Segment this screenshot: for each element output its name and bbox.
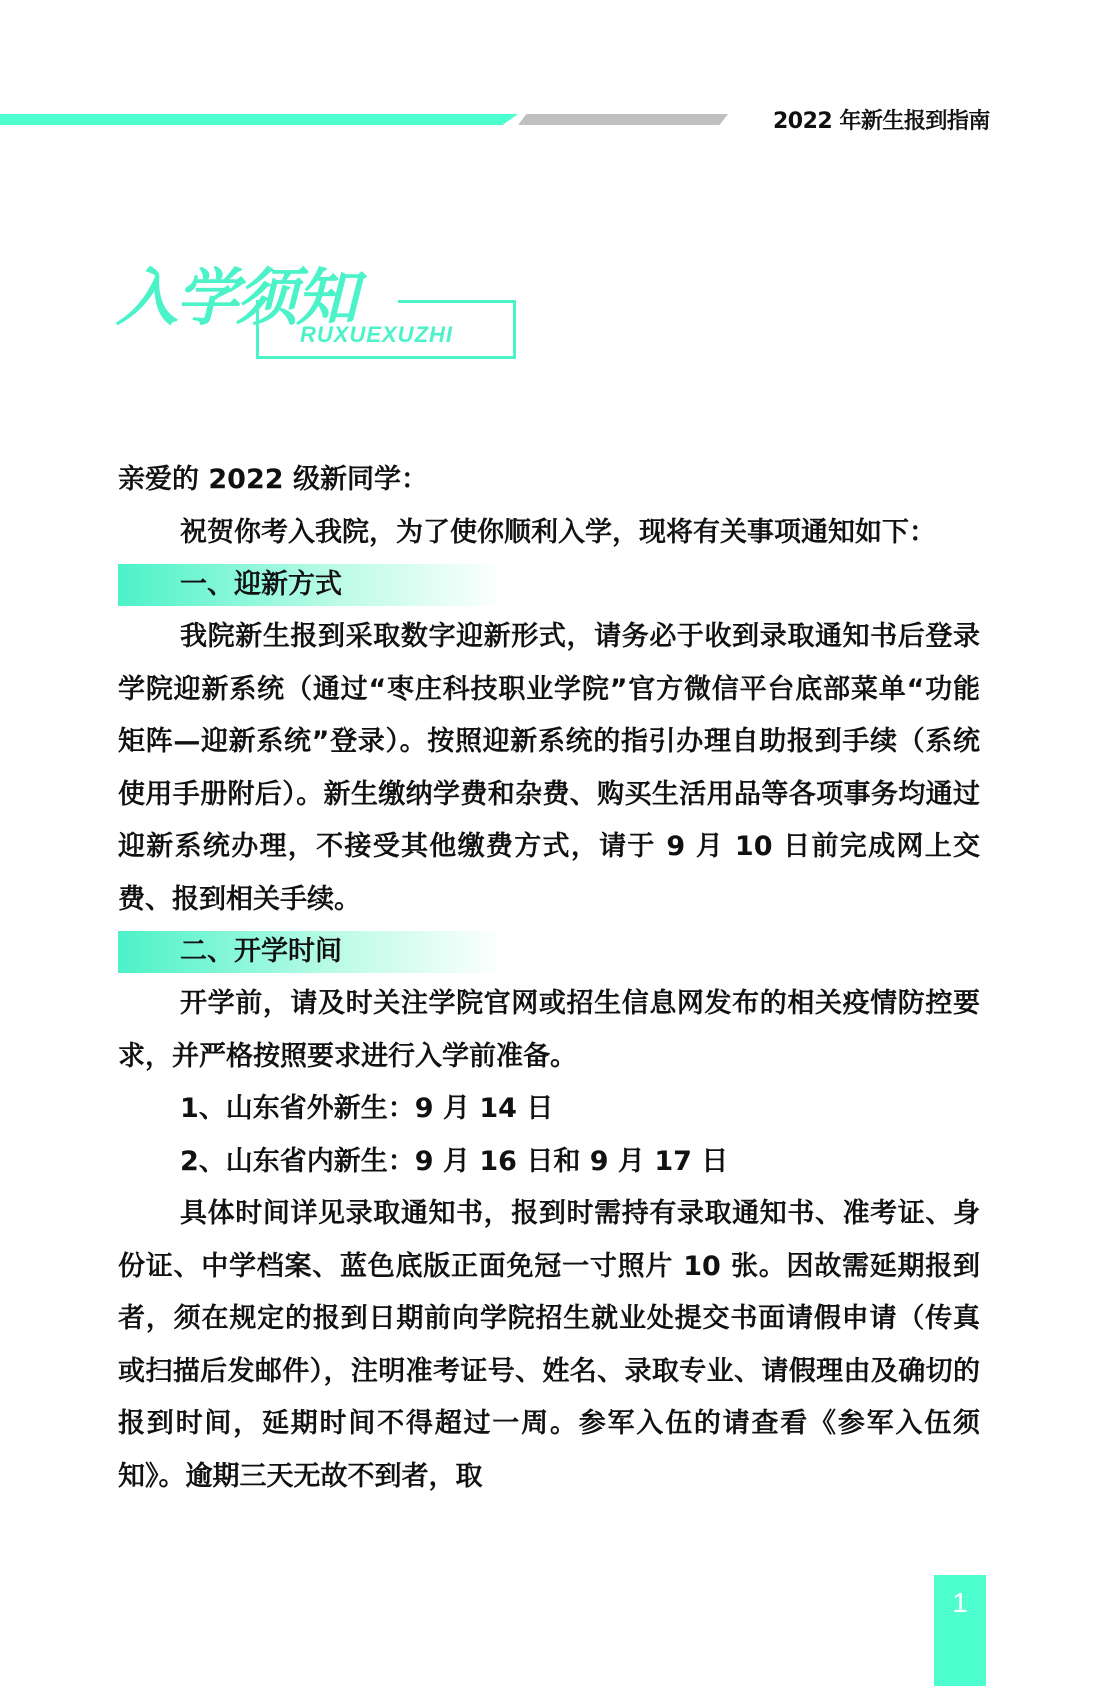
document-body: 亲爱的 2022 级新同学： 祝贺你考入我院，为了使你顺利入学，现将有关事项通知… xyxy=(118,454,980,1503)
section-heading-text: 一、迎新方式 xyxy=(180,569,342,600)
greeting: 亲爱的 2022 级新同学： xyxy=(118,454,980,507)
section-heading-1: 一、迎新方式 xyxy=(118,564,506,606)
list-item: 2、山东省内新生：9 月 16 日和 9 月 17 日 xyxy=(118,1136,980,1189)
paragraph: 开学前，请及时关注学院官网或招生信息网发布的相关疫情防控要求，并严格按照要求进行… xyxy=(118,978,980,1083)
header-title: 2022 年新生报到指南 xyxy=(773,104,990,135)
list-item: 1、山东省外新生：9 月 14 日 xyxy=(118,1083,980,1136)
section-heading-2: 二、开学时间 xyxy=(118,931,506,973)
header-accent-bar xyxy=(0,114,518,125)
page-number: 1 xyxy=(934,1575,986,1686)
header-gray-bar xyxy=(518,114,728,125)
section-title-pinyin: RUXUEXUZHI xyxy=(300,322,453,348)
section-heading-text: 二、开学时间 xyxy=(180,936,342,967)
paragraph: 具体时间详见录取通知书，报到时需持有录取通知书、准考证、身份证、中学档案、蓝色底… xyxy=(118,1188,980,1503)
paragraph: 我院新生报到采取数字迎新形式，请务必于收到录取通知书后登录学院迎新系统（通过“枣… xyxy=(118,611,980,926)
intro-paragraph: 祝贺你考入我院，为了使你顺利入学，现将有关事项通知如下： xyxy=(118,507,980,560)
